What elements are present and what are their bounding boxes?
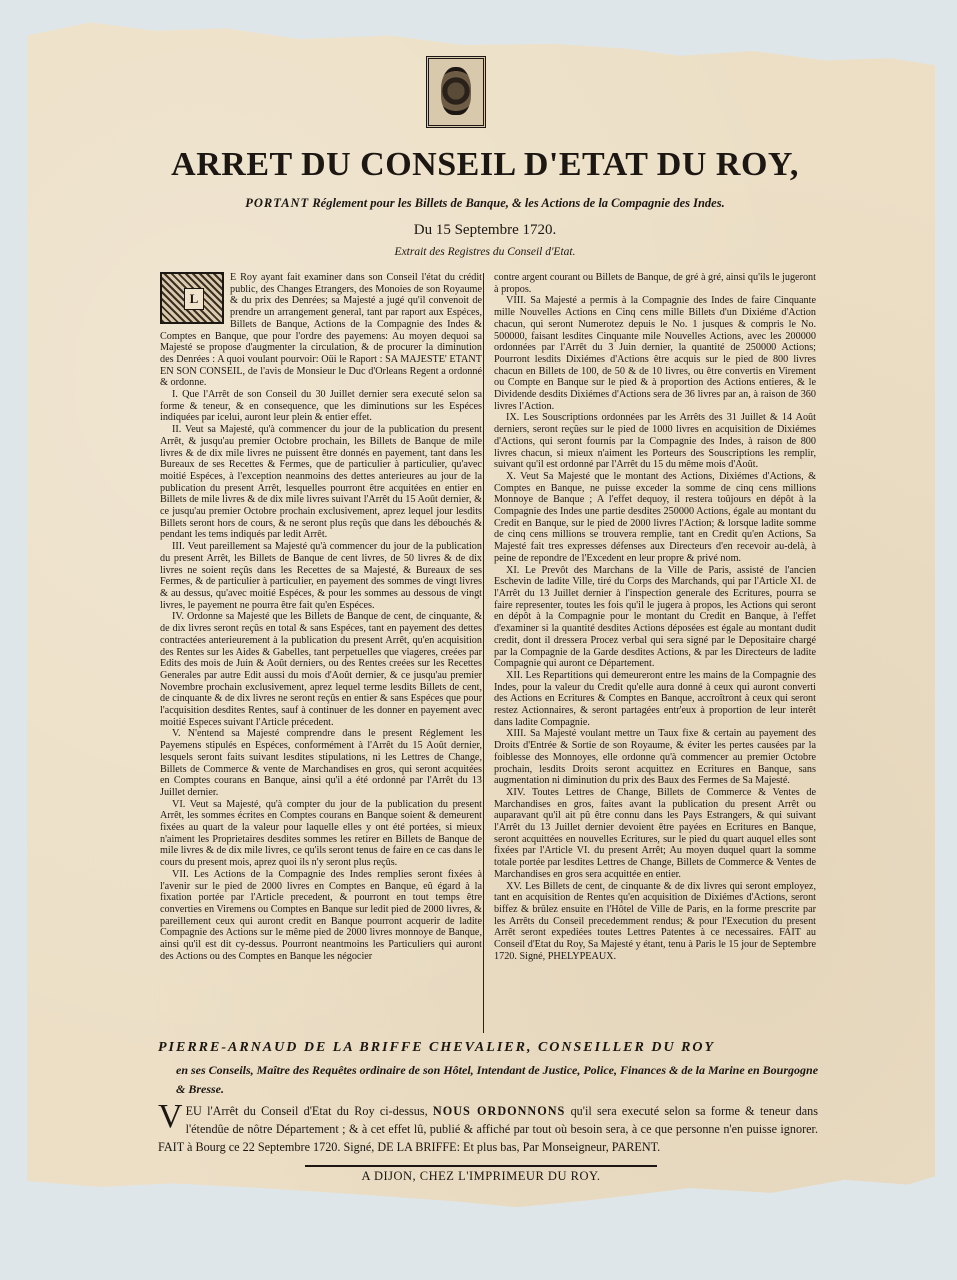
coat-of-arms-icon [441, 67, 471, 115]
article-paragraph: III. Veut pareillement sa Majesté qu'à c… [160, 541, 482, 611]
article-paragraph: VI. Veut sa Majesté, qu'à compter du jou… [160, 799, 482, 869]
article-paragraph: VII. Les Actions de la Compagnie des Ind… [160, 869, 482, 963]
intendant-titles: en ses Conseils, Maître des Requêtes ord… [176, 1061, 826, 1099]
document-subtitle: PORTANT Réglement pour les Billets de Ba… [140, 196, 830, 211]
right-text-column: contre argent courant ou Billets de Banq… [494, 272, 816, 962]
ordinance-bold: NOUS ORDONNONS [433, 1104, 565, 1118]
royal-emblem-icon [426, 56, 486, 128]
article-paragraph: XII. Les Repartitions qui demeureront en… [494, 670, 816, 729]
document-title: ARRET DU CONSEIL D'ETAT DU ROY, [140, 146, 830, 184]
article-paragraph: I. Que l'Arrêt de son Conseil du 30 Juil… [160, 389, 482, 424]
article-paragraph: XV. Les Billets de cent, de cinquante & … [494, 881, 816, 963]
article-paragraph: X. Veut Sa Majesté que le montant des Ac… [494, 471, 816, 565]
register-extract-line: Extrait des Registres du Conseil d'Etat. [140, 246, 830, 258]
column-divider [483, 273, 484, 1033]
intendant-name: PIERRE-ARNAUD DE LA BRIFFE CHEVALIER, CO… [158, 1040, 818, 1056]
left-text-column: L E Roy ayant fait examiner dans son Con… [160, 272, 482, 962]
article-paragraph: II. Veut sa Majesté, qu'à commencer du j… [160, 424, 482, 541]
article-paragraph: XI. Le Prevôt des Marchans de la Ville d… [494, 565, 816, 670]
article-paragraph: XIV. Toutes Lettres de Change, Billets d… [494, 787, 816, 881]
subtitle-text: Réglement pour les Billets de Banque, & … [312, 196, 724, 210]
article-paragraph: VIII. Sa Majesté a permis à la Compagnie… [494, 295, 816, 412]
article-paragraph: IV. Ordonne sa Majesté que les Billets d… [160, 611, 482, 728]
printer-imprint: A DIJON, CHEZ L'IMPRIMEUR DU ROY. [305, 1169, 657, 1184]
continuation-paragraph: contre argent courant ou Billets de Banq… [494, 272, 816, 295]
printer-rule [305, 1165, 657, 1167]
article-paragraph: IX. Les Souscriptions ordonnées par les … [494, 412, 816, 471]
ordinance-initial: V [158, 1102, 183, 1132]
ornamental-dropcap-icon: L [160, 272, 224, 324]
article-paragraph: V. N'entend sa Majesté comprendre dans l… [160, 728, 482, 798]
ordinance-text-1: EU l'Arrêt du Conseil d'Etat du Roy ci-d… [186, 1104, 428, 1118]
document-date: Du 15 Septembre 1720. [140, 222, 830, 239]
dropcap-letter: L [184, 288, 204, 310]
article-paragraph: XIII. Sa Majesté voulant mettre un Taux … [494, 728, 816, 787]
ordinance-paragraph: V EU l'Arrêt du Conseil d'Etat du Roy ci… [158, 1102, 818, 1156]
subtitle-lead: PORTANT [245, 196, 309, 210]
